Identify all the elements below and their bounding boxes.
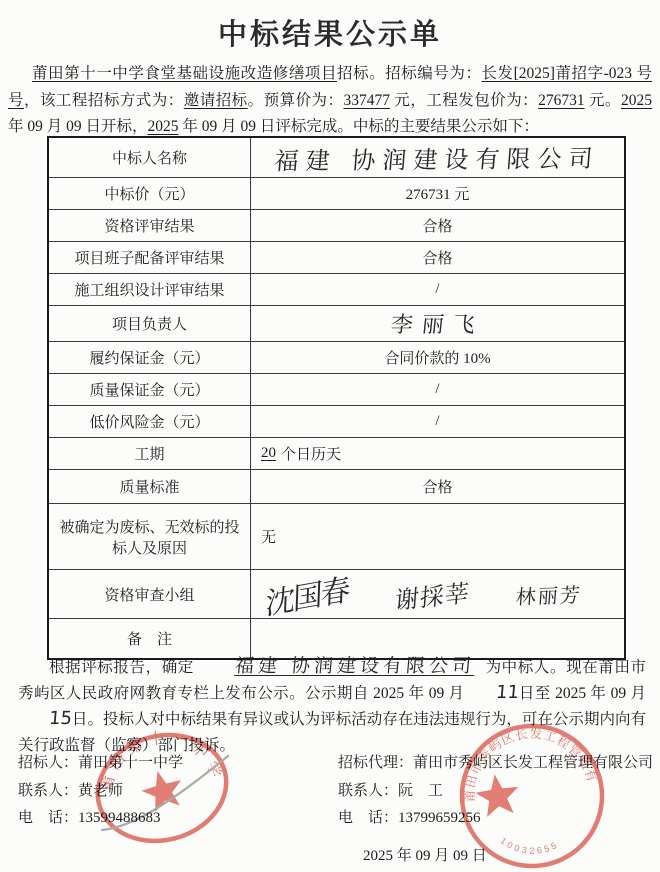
- announcement-page: 中标结果公示单 莆田第十一中学食堂基础设施改造修缮项目招标。招标编号为：长发[2…: [0, 0, 660, 872]
- row-label-quality-bond: 质量保证金（元）: [49, 373, 250, 405]
- row-value-low-price-risk-bond: /: [250, 405, 624, 437]
- agency-label: 招标代理：: [338, 755, 413, 771]
- result-table: 中标人名称 福建 协润建设有限公司 中标价（元） 276731 元 资格评审结果…: [47, 136, 626, 660]
- winner-name-fill-handwritten: 福建 协润建设有限公司: [193, 657, 486, 676]
- tenderer-line: 招标人：莆田第十一中学: [18, 750, 183, 778]
- duration-unit: 个日历天: [281, 443, 341, 464]
- tenderer-label: 招标人：: [18, 755, 78, 771]
- row-value-qualification-panel: 沈国春 谢採莘 林丽芳: [250, 569, 624, 618]
- contract-award-price: 276731: [538, 92, 585, 109]
- agency-contact-name: 阮 工: [398, 783, 443, 799]
- intro-text-5: 元。: [585, 92, 621, 109]
- row-value-duration: 20个日历天: [250, 437, 624, 469]
- row-label-qualification-review: 资格评审结果: [49, 209, 250, 241]
- open-bid-year: 2025: [621, 92, 652, 109]
- signature-1: 沈国春: [265, 564, 349, 624]
- project-manager-handwritten: 李丽飞: [389, 308, 485, 339]
- publicity-end-day-handwritten: 15: [17, 710, 72, 728]
- eval-year: 2025: [148, 118, 179, 135]
- row-value-construction-design-review: /: [250, 273, 624, 305]
- row-label-duration: 工期: [49, 437, 250, 469]
- row-label-quality-standard: 质量标准: [49, 469, 250, 503]
- intro-text-7: 年 09 月 09 日评标完成。中标的主要结果公示如下：: [179, 118, 539, 135]
- agency-contact-line: 联系人：阮 工: [338, 778, 653, 806]
- signature-2: 谢採莘: [394, 572, 471, 615]
- row-label-qualification-panel: 资格审查小组: [49, 569, 250, 618]
- row-label-performance-bond: 履约保证金（元）: [49, 341, 250, 373]
- intro-text-6: 年 09 月 09 日开标，: [8, 118, 148, 135]
- agency-seal-digits: 10032655: [498, 828, 562, 861]
- intro-paragraph: 莆田第十一中学食堂基础设施改造修缮项目招标。招标编号为：长发[2025]莆招字-…: [8, 61, 652, 141]
- tenderer-contact-name: 黄老师: [78, 783, 123, 799]
- intro-text-3: 。预算价为：: [248, 92, 344, 109]
- row-label-remarks: 备 注: [49, 618, 250, 658]
- row-value-project-manager: 李丽飞: [250, 305, 624, 341]
- publicity-start-day-handwritten: 11: [464, 684, 519, 702]
- row-label-rejected-bidders: 被确定为废标、无效标的投标人及原因: [49, 503, 250, 569]
- row-value-quality-standard: 合格: [250, 469, 624, 503]
- row-value-quality-bond: /: [250, 373, 624, 405]
- row-value-rejected-bidders: 无: [250, 503, 624, 569]
- row-value-performance-bond: 合同价款的 10%: [250, 341, 624, 373]
- agency-line: 招标代理：莆田市秀屿区长发工程管理有限公司: [338, 750, 653, 778]
- budget-price: 337477: [344, 92, 391, 109]
- agency-contact-block: 招标代理：莆田市秀屿区长发工程管理有限公司 联系人：阮 工 电 话：137996…: [338, 750, 653, 833]
- row-value-qualification-review: 合格: [250, 209, 624, 241]
- row-label-winning-price: 中标价（元）: [49, 177, 250, 209]
- tenderer-phone-line: 电 话：13599488683: [18, 805, 183, 833]
- page-title: 中标结果公示单: [0, 12, 660, 53]
- row-label-team-review: 项目班子配备评审结果: [49, 241, 250, 273]
- tenderer-contact-line: 联系人：黄老师: [18, 778, 183, 806]
- signature-3: 林丽芳: [515, 578, 583, 609]
- row-label-low-price-risk-bond: 低价风险金（元）: [49, 405, 250, 437]
- agency-phone-number: 13799659256: [398, 810, 481, 826]
- intro-text-1: 招标。招标编号为：: [337, 65, 481, 82]
- row-value-winner-name: 福建 协润建设有限公司: [250, 138, 624, 177]
- conclusion-paragraph: 根据评标报告，确定福建 协润建设有限公司为中标人。现在莆田市秀屿区人民政府网教育…: [18, 655, 646, 759]
- row-label-project-manager: 项目负责人: [49, 305, 250, 341]
- agency-phone-label: 电 话：: [338, 810, 398, 826]
- intro-text-4: 元，工程发包价为：: [390, 92, 538, 109]
- tenderer-contact-label: 联系人：: [18, 783, 78, 799]
- row-value-team-review: 合格: [250, 241, 624, 273]
- tenderer-name: 莆田第十一中学: [78, 755, 183, 771]
- row-label-construction-design-review: 施工组织设计评审结果: [49, 273, 250, 305]
- agency-contact-label: 联系人：: [338, 783, 398, 799]
- agency-name: 莆田市秀屿区长发工程管理有限公司: [413, 755, 653, 771]
- row-value-remarks: [250, 618, 624, 658]
- winner-name-handwritten: 福建 协润建设有限公司: [274, 139, 602, 177]
- tenderer-phone-number: 13599488683: [78, 810, 161, 826]
- intro-text-2: ，该工程招标方式为：: [24, 92, 184, 109]
- conclusion-text-1: 根据评标报告，确定: [49, 659, 194, 676]
- row-label-winner-name: 中标人名称: [49, 138, 250, 177]
- agency-phone-line: 电 话：13799659256: [338, 805, 653, 833]
- tenderer-contact-block: 招标人：莆田第十一中学 联系人：黄老师 电 话：13599488683: [18, 750, 183, 833]
- conclusion-text-3: 日至 2025 年 09 月: [518, 685, 646, 702]
- conclusion-text-4: 日。投标人对中标结果有异议或认为评标活动存在违法违规行为，可在公示期内向有关行政…: [18, 711, 646, 754]
- row-value-winning-price: 276731 元: [250, 177, 624, 209]
- duration-days: 20: [261, 445, 276, 462]
- document-date: 2025 年 09 月 09 日: [363, 844, 487, 865]
- project-name: 莆田第十一中学食堂基础设施改造修缮项目: [32, 65, 337, 82]
- tenderer-phone-label: 电 话：: [18, 810, 78, 826]
- bid-method: 邀请招标: [184, 92, 248, 109]
- svg-text:10032655: 10032655: [498, 828, 562, 861]
